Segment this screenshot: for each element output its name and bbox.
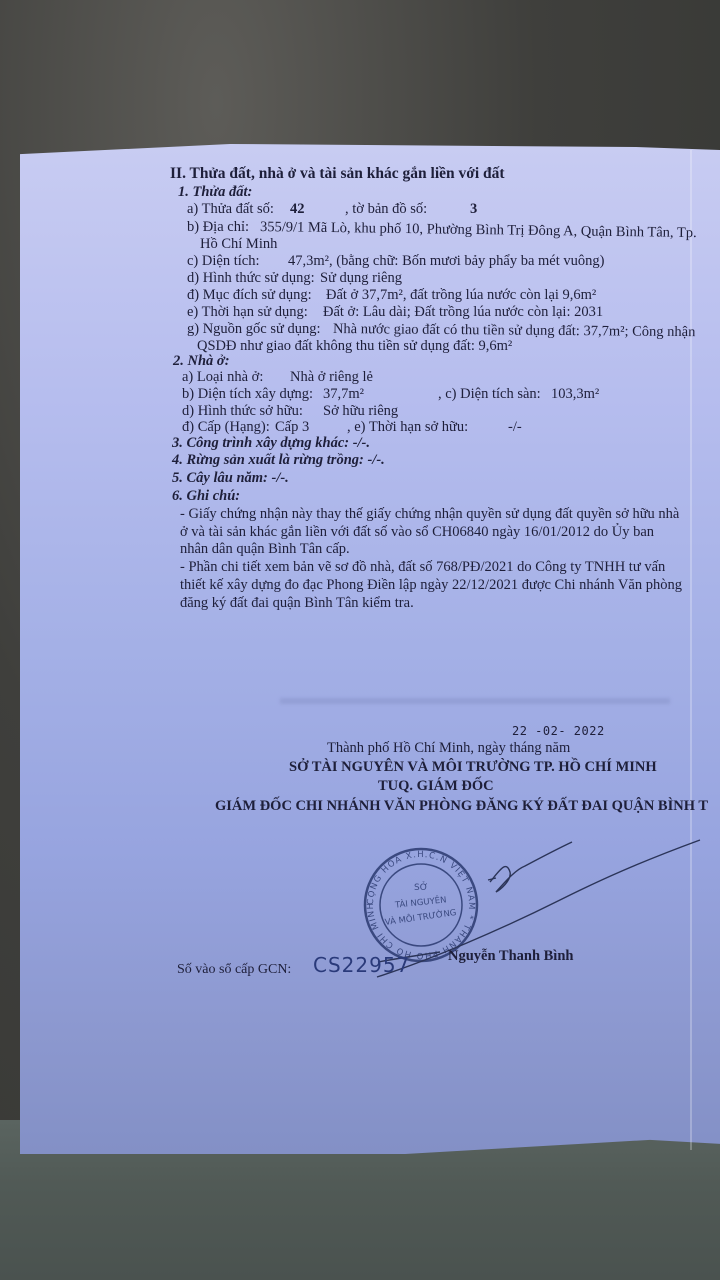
registry-label: Số vào sổ cấp GCN: xyxy=(177,962,291,978)
seal-line2: TÀI NGUYÊN xyxy=(393,893,447,910)
official-seal: CỘNG HÒA X.H.C.N VIỆT NAM * THÀNH PHỐ HỒ… xyxy=(0,0,477,963)
svg-text:CỘNG HÒA X.H.C.N VIỆT NAM * TH: CỘNG HÒA X.H.C.N VIỆT NAM * THÀNH PHỐ HỒ… xyxy=(0,0,476,963)
seal-and-signature: CỘNG HÒA X.H.C.N VIỆT NAM * THÀNH PHỐ HỒ… xyxy=(0,0,720,1280)
seal-line1: SỞ xyxy=(414,881,428,893)
registry-number: CS22957 xyxy=(313,957,410,973)
seal-outer-text: CỘNG HÒA X.H.C.N VIỆT NAM * THÀNH PHỐ HỒ… xyxy=(0,0,476,963)
certificate-content: II. Thửa đất, nhà ở và tài sản khác gắn … xyxy=(0,0,720,1280)
signer-name: Nguyễn Thanh Bình xyxy=(448,948,573,964)
